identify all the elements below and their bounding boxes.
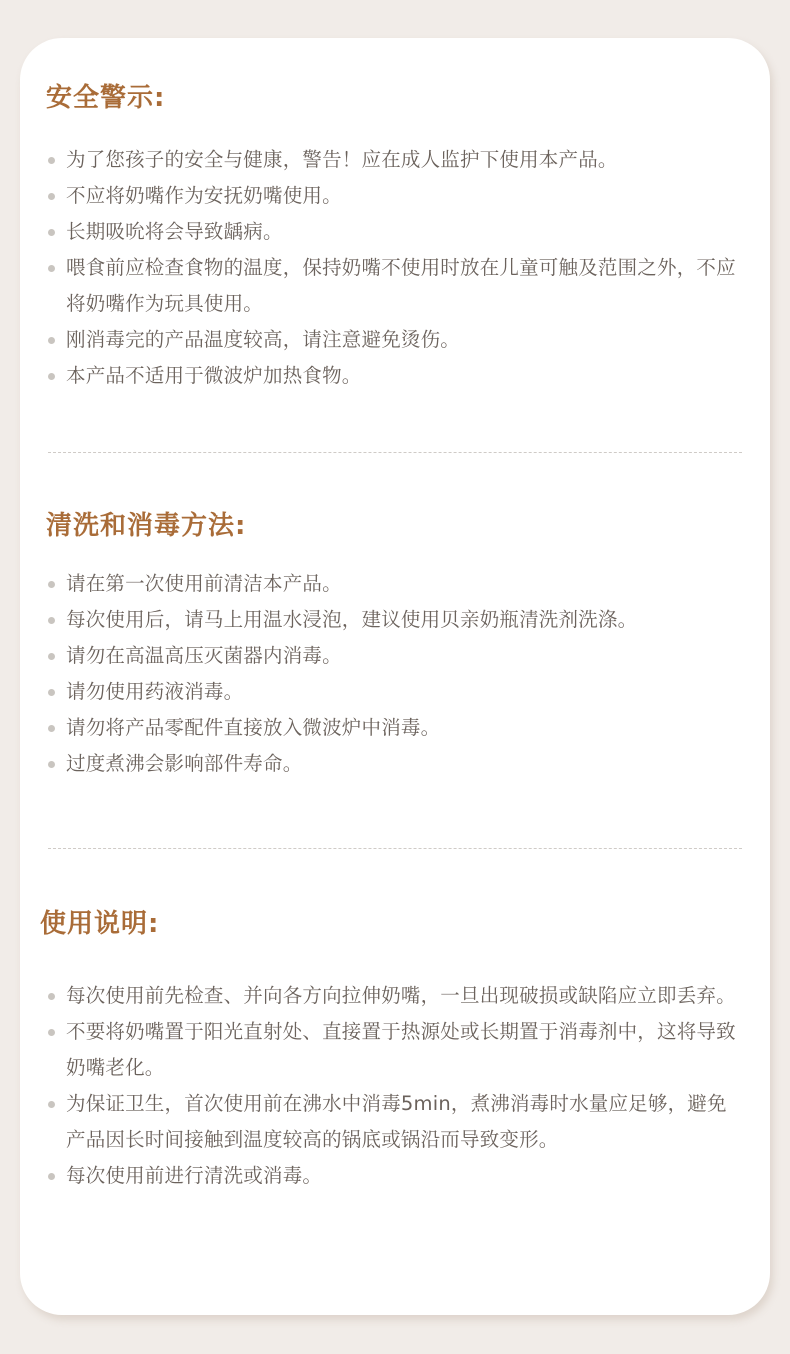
list-item-text: 每次使用前先检查、并向各方向拉伸奶嘴，一旦出现破损或缺陷应立即丢弃。 bbox=[66, 984, 736, 1007]
list-item: 为保证卫生，首次使用前在沸水中消毒5min，煮沸消毒时水量应足够，避免产品因长时… bbox=[44, 1086, 744, 1158]
section-divider bbox=[48, 452, 742, 453]
section-divider bbox=[48, 848, 742, 849]
list-item-text: 刚消毒完的产品温度较高，请注意避免烫伤。 bbox=[66, 328, 460, 351]
list-item-text: 请勿在高温高压灭菌器内消毒。 bbox=[66, 644, 342, 667]
list-item-text: 每次使用前进行清洗或消毒。 bbox=[66, 1164, 322, 1187]
list-item: 本产品不适用于微波炉加热食物。 bbox=[44, 358, 744, 394]
bullet-icon bbox=[48, 725, 55, 732]
list-item: 喂食前应检查食物的温度，保持奶嘴不使用时放在儿童可触及范围之外，不应将奶嘴作为玩… bbox=[44, 250, 744, 322]
bullet-icon bbox=[48, 761, 55, 768]
bullet-list: 为了您孩子的安全与健康，警告！应在成人监护下使用本产品。 不应将奶嘴作为安抚奶嘴… bbox=[44, 142, 744, 394]
bullet-icon bbox=[48, 265, 55, 272]
list-item-text: 长期吸吮将会导致龋病。 bbox=[66, 220, 283, 243]
section-title: 使用说明: bbox=[40, 908, 159, 940]
list-item-text: 请勿将产品零配件直接放入微波炉中消毒。 bbox=[66, 716, 440, 739]
bullet-icon bbox=[48, 993, 55, 1000]
list-item-text: 请在第一次使用前清洁本产品。 bbox=[66, 572, 342, 595]
list-item-text: 为保证卫生，首次使用前在沸水中消毒5min，煮沸消毒时水量应足够，避免产品因长时… bbox=[66, 1092, 727, 1151]
bullet-icon bbox=[48, 617, 55, 624]
bullet-icon bbox=[48, 1101, 55, 1108]
list-item: 长期吸吮将会导致龋病。 bbox=[44, 214, 744, 250]
list-item: 为了您孩子的安全与健康，警告！应在成人监护下使用本产品。 bbox=[44, 142, 744, 178]
list-item: 请在第一次使用前清洁本产品。 bbox=[44, 566, 744, 602]
bullet-icon bbox=[48, 373, 55, 380]
list-item-text: 不应将奶嘴作为安抚奶嘴使用。 bbox=[66, 184, 342, 207]
bullet-icon bbox=[48, 1029, 55, 1036]
list-item: 请勿使用药液消毒。 bbox=[44, 674, 744, 710]
bullet-icon bbox=[48, 229, 55, 236]
bullet-list: 请在第一次使用前清洁本产品。 每次使用后，请马上用温水浸泡，建议使用贝亲奶瓶清洗… bbox=[44, 566, 744, 782]
list-item: 每次使用后，请马上用温水浸泡，建议使用贝亲奶瓶清洗剂洗涤。 bbox=[44, 602, 744, 638]
list-item-text: 不要将奶嘴置于阳光直射处、直接置于热源处或长期置于消毒剂中，这将导致奶嘴老化。 bbox=[66, 1020, 736, 1079]
list-item: 刚消毒完的产品温度较高，请注意避免烫伤。 bbox=[44, 322, 744, 358]
bullet-icon bbox=[48, 157, 55, 164]
list-item: 不要将奶嘴置于阳光直射处、直接置于热源处或长期置于消毒剂中，这将导致奶嘴老化。 bbox=[44, 1014, 744, 1086]
bullet-icon bbox=[48, 689, 55, 696]
list-item: 请勿在高温高压灭菌器内消毒。 bbox=[44, 638, 744, 674]
list-item: 请勿将产品零配件直接放入微波炉中消毒。 bbox=[44, 710, 744, 746]
list-item-text: 喂食前应检查食物的温度，保持奶嘴不使用时放在儿童可触及范围之外，不应将奶嘴作为玩… bbox=[66, 256, 736, 315]
bullet-icon bbox=[48, 337, 55, 344]
instructions-card: 安全警示: 为了您孩子的安全与健康，警告！应在成人监护下使用本产品。 不应将奶嘴… bbox=[20, 38, 770, 1315]
bullet-icon bbox=[48, 581, 55, 588]
list-item-text: 本产品不适用于微波炉加热食物。 bbox=[66, 364, 362, 387]
bullet-icon bbox=[48, 1173, 55, 1180]
list-item-text: 每次使用后，请马上用温水浸泡，建议使用贝亲奶瓶清洗剂洗涤。 bbox=[66, 608, 637, 631]
list-item: 过度煮沸会影响部件寿命。 bbox=[44, 746, 744, 782]
list-item-text: 为了您孩子的安全与健康，警告！应在成人监护下使用本产品。 bbox=[66, 148, 618, 171]
list-item: 不应将奶嘴作为安抚奶嘴使用。 bbox=[44, 178, 744, 214]
list-item-text: 过度煮沸会影响部件寿命。 bbox=[66, 752, 302, 775]
list-item-text: 请勿使用药液消毒。 bbox=[66, 680, 243, 703]
list-item: 每次使用前进行清洗或消毒。 bbox=[44, 1158, 744, 1194]
bullet-list: 每次使用前先检查、并向各方向拉伸奶嘴，一旦出现破损或缺陷应立即丢弃。 不要将奶嘴… bbox=[44, 978, 744, 1194]
bullet-icon bbox=[48, 653, 55, 660]
list-item: 每次使用前先检查、并向各方向拉伸奶嘴，一旦出现破损或缺陷应立即丢弃。 bbox=[44, 978, 744, 1014]
section-title: 安全警示: bbox=[46, 82, 165, 114]
bullet-icon bbox=[48, 193, 55, 200]
section-title: 清洗和消毒方法: bbox=[46, 510, 246, 542]
